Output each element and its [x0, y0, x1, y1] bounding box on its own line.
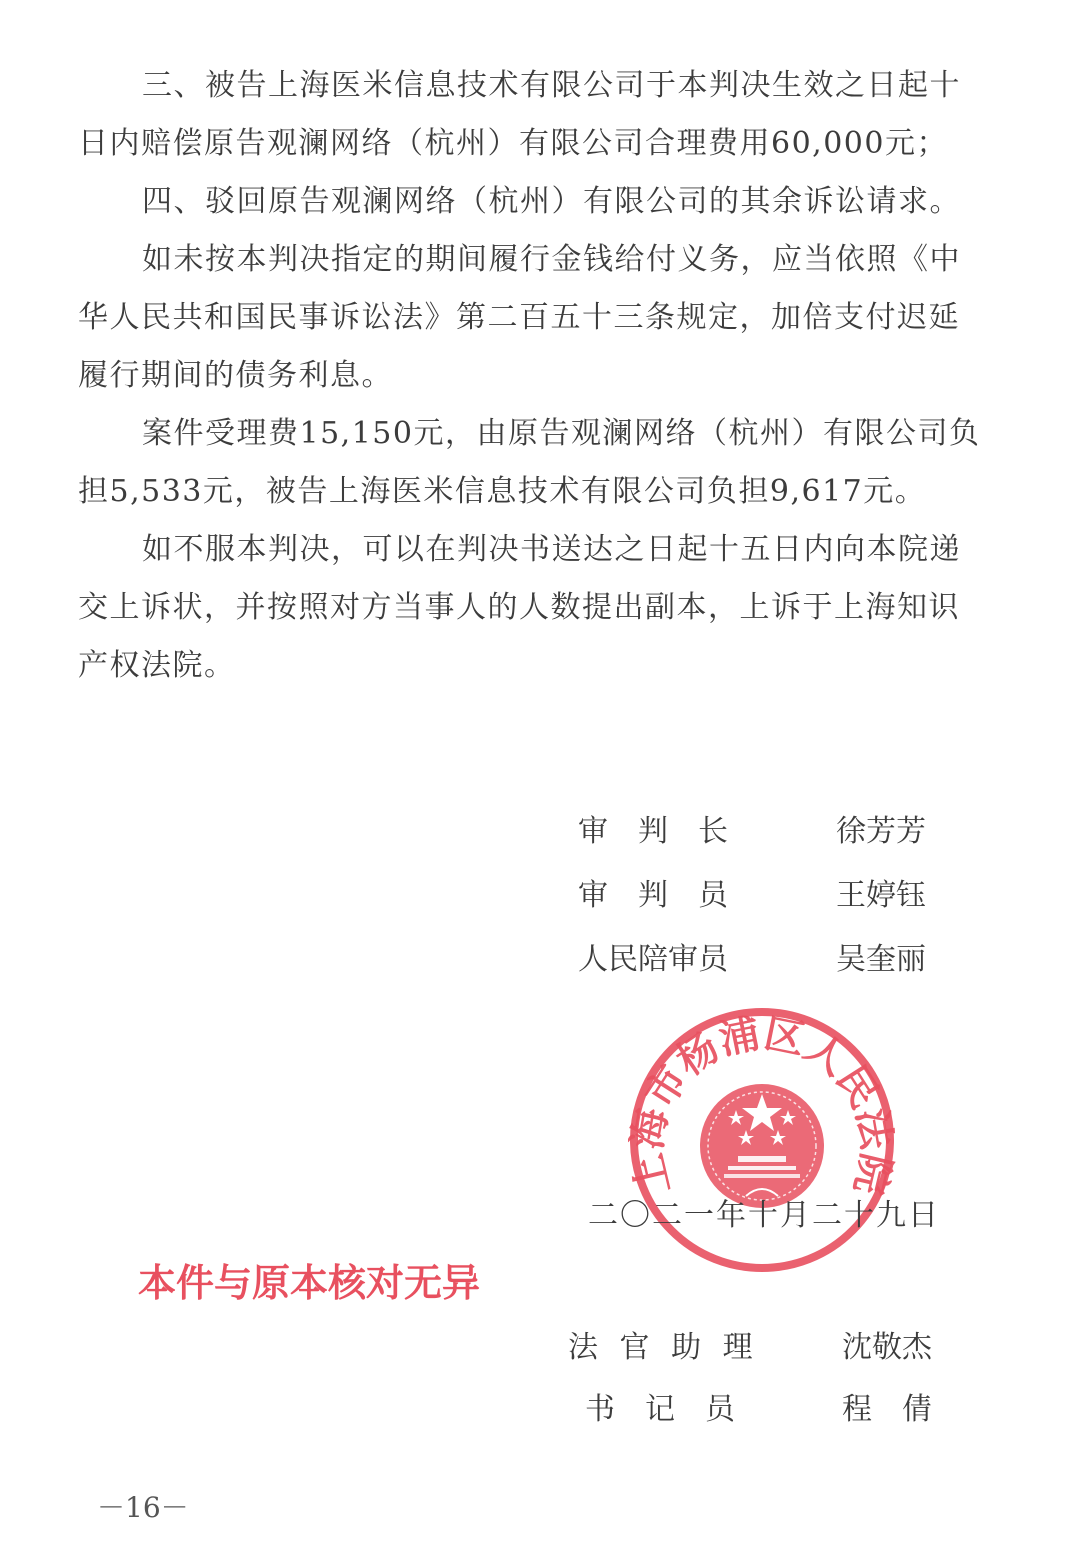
presiding-judge-title: 审 判 长 — [578, 806, 728, 850]
judgment-item-3-line-1: 三、被告上海医米信息技术有限公司于本判决生效之日起十 — [142, 60, 961, 104]
judgment-item-4: 四、驳回原告观澜网络（杭州）有限公司的其余诉讼请求。 — [142, 176, 961, 220]
judgment-date: 二〇二一年十月二十九日 — [588, 1190, 940, 1234]
appeal-clause-line-2: 交上诉状，并按照对方当事人的人数提出副本，上诉于上海知识 — [78, 582, 960, 626]
court-clerk-name: 程 倩 — [842, 1384, 932, 1428]
presiding-judge-name: 徐芳芳 — [836, 806, 926, 850]
judgment-item-3-line-2: 日内赔偿原告观澜网络（杭州）有限公司合理费用60,000元； — [78, 118, 948, 162]
page-number: －16－ — [97, 1486, 189, 1526]
judge-name: 王婷钰 — [836, 870, 926, 914]
court-clerk-title: 书 记 员 — [585, 1384, 735, 1428]
judge-assistant-name: 沈敬杰 — [842, 1322, 932, 1366]
juror-title: 人民陪审员 — [578, 934, 728, 978]
appeal-clause-line-1: 如不服本判决，可以在判决书送达之日起十五日内向本院递 — [142, 524, 961, 568]
fee-clause-line-2: 担5,533元，被告上海医米信息技术有限公司负担9,617元。 — [78, 466, 926, 510]
appeal-clause-line-3: 产权法院。 — [78, 640, 236, 684]
interest-clause-line-3: 履行期间的债务利息。 — [78, 350, 393, 394]
certification-stamp: 本件与原本核对无异 — [138, 1252, 480, 1307]
judge-assistant-title: 法 官 助 理 — [568, 1322, 759, 1366]
interest-clause-line-2: 华人民共和国民事诉讼法》第二百五十三条规定，加倍支付迟延 — [78, 292, 960, 336]
judge-title: 审 判 员 — [578, 870, 728, 914]
juror-name: 吴奎丽 — [836, 934, 926, 978]
interest-clause-line-1: 如未按本判决指定的期间履行金钱给付义务，应当依照《中 — [142, 234, 961, 278]
fee-clause-line-1: 案件受理费15,150元，由原告观澜网络（杭州）有限公司负 — [142, 408, 980, 452]
